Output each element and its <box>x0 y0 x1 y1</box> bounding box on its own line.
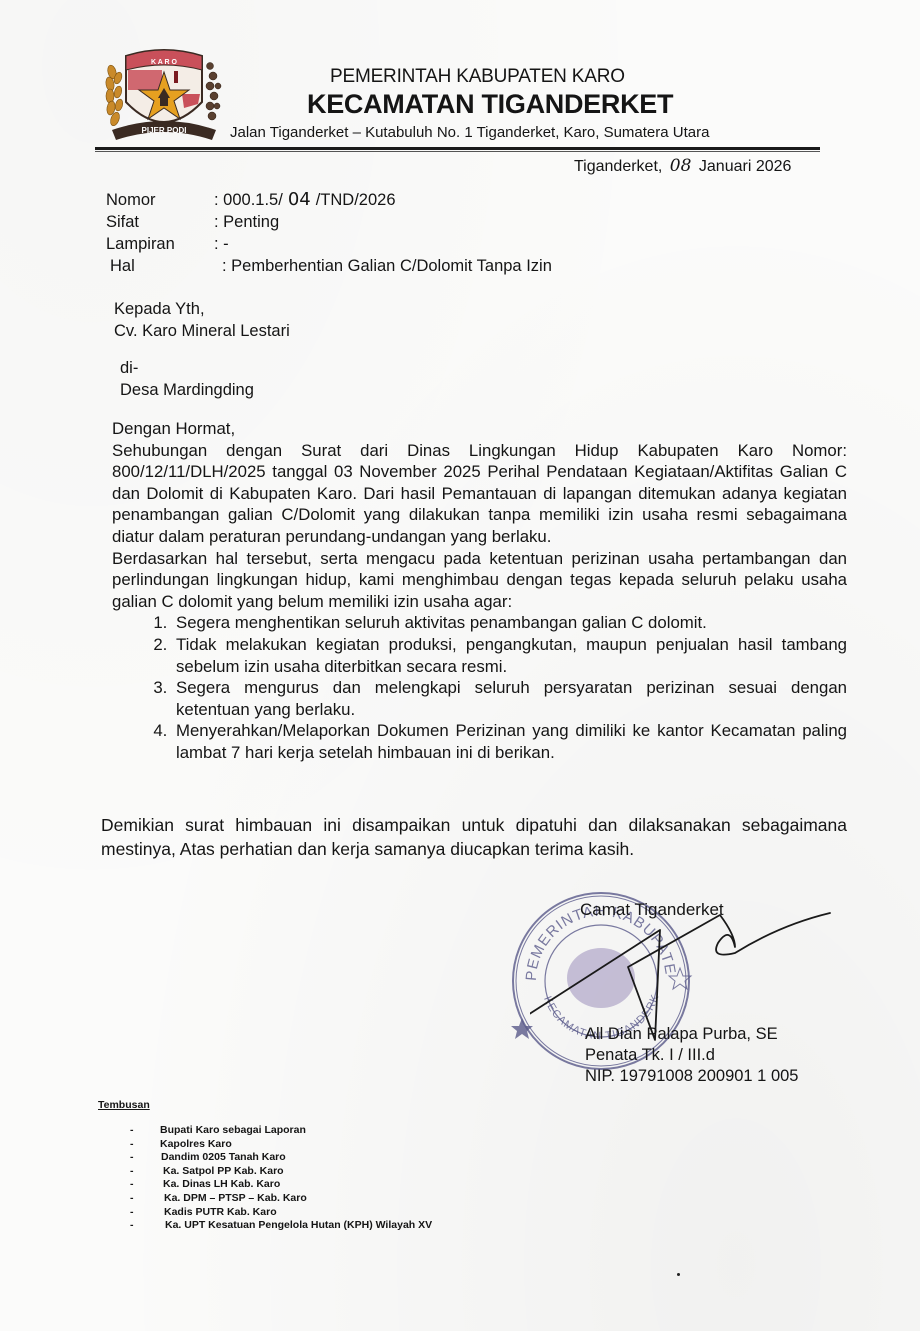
meta-row-lampiran: Lampiran : - <box>106 233 552 255</box>
cc-item: -Ka. Satpol PP Kab. Karo <box>130 1165 432 1179</box>
paragraph-1: Sehubungan dengan Surat dari Dinas Lingk… <box>112 440 847 548</box>
cc-item: -Dandim 0205 Tanah Karo <box>130 1151 432 1165</box>
cc-title: Tembusan <box>98 1099 150 1111</box>
cc-item: -Ka. DPM – PTSP – Kab. Karo <box>130 1192 432 1206</box>
paragraph-2: Berdasarkan hal tersebut, serta mengacu … <box>112 548 847 613</box>
meta-row-hal: Hal : Pemberhentian Galian C/Dolomit Tan… <box>110 255 552 277</box>
signatory-name: All Dian Palapa Purba, SE <box>585 1024 798 1045</box>
meta-row-sifat: Sifat : Penting <box>106 211 552 233</box>
cc-item: -Kapolres Karo <box>130 1138 432 1152</box>
signatory-block: All Dian Palapa Purba, SE Penata Tk. I /… <box>585 1024 798 1087</box>
request-item: Segera mengurus dan melengkapi seluruh p… <box>172 677 847 720</box>
letter-meta: Nomor : 000.1.5/04/TND/2026 Sifat : Pent… <box>106 189 552 277</box>
cc-item: -Kadis PUTR Kab. Karo <box>130 1206 432 1220</box>
header-rule-thin <box>95 151 820 152</box>
meta-row-nomor: Nomor : 000.1.5/04/TND/2026 <box>106 189 552 211</box>
cc-item: -Ka. Dinas LH Kab. Karo <box>130 1178 432 1192</box>
header-rule <box>95 147 820 150</box>
recipient-block: Kepada Yth, Cv. Karo Mineral Lestari di-… <box>114 298 290 401</box>
handwritten-number: 04 <box>283 189 316 210</box>
government-name: PEMERINTAH KABUPATEN KARO <box>330 66 625 88</box>
signatory-nip: NIP. 19791008 200901 1 005 <box>585 1066 798 1087</box>
office-address: Jalan Tiganderket – Kutabuluh No. 1 Tiga… <box>230 124 709 141</box>
svg-text:K A R O: K A R O <box>151 59 177 66</box>
request-item: Tidak melakukan kegiatan produksi, penga… <box>172 634 847 677</box>
letter-date: Tiganderket, 08 Januari 2026 <box>574 156 791 176</box>
request-item: Segera menghentikan seluruh aktivitas pe… <box>172 612 847 634</box>
handwritten-signature <box>530 895 860 1045</box>
handwritten-day: 08 <box>667 156 695 176</box>
cc-item: -Bupati Karo sebagai Laporan <box>130 1124 432 1138</box>
signatory-rank: Penata Tk. I / III.d <box>585 1045 798 1066</box>
recipient-place: Desa Mardingding <box>120 379 290 401</box>
request-list: Segera menghentikan seluruh aktivitas pe… <box>112 612 847 763</box>
karo-coat-of-arms-icon: K A R O PIJER PODI <box>98 42 230 146</box>
cc-list: -Bupati Karo sebagai Laporan -Kapolres K… <box>130 1124 432 1233</box>
cc-item: -Ka. UPT Kesatuan Pengelola Hutan (KPH) … <box>130 1219 432 1233</box>
closing-paragraph: Demikian surat himbauan ini disampaikan … <box>101 813 847 861</box>
office-name: KECAMATAN TIGANDERKET <box>307 89 673 120</box>
paper-speck <box>677 1273 680 1276</box>
recipient-name: Cv. Karo Mineral Lestari <box>114 320 290 342</box>
letter-body: Dengan Hormat, Sehubungan dengan Surat d… <box>112 418 847 764</box>
request-item: Menyerahkan/Melaporkan Dokumen Perizinan… <box>172 720 847 763</box>
svg-text:PIJER PODI: PIJER PODI <box>142 126 187 135</box>
greeting: Dengan Hormat, <box>112 418 847 440</box>
